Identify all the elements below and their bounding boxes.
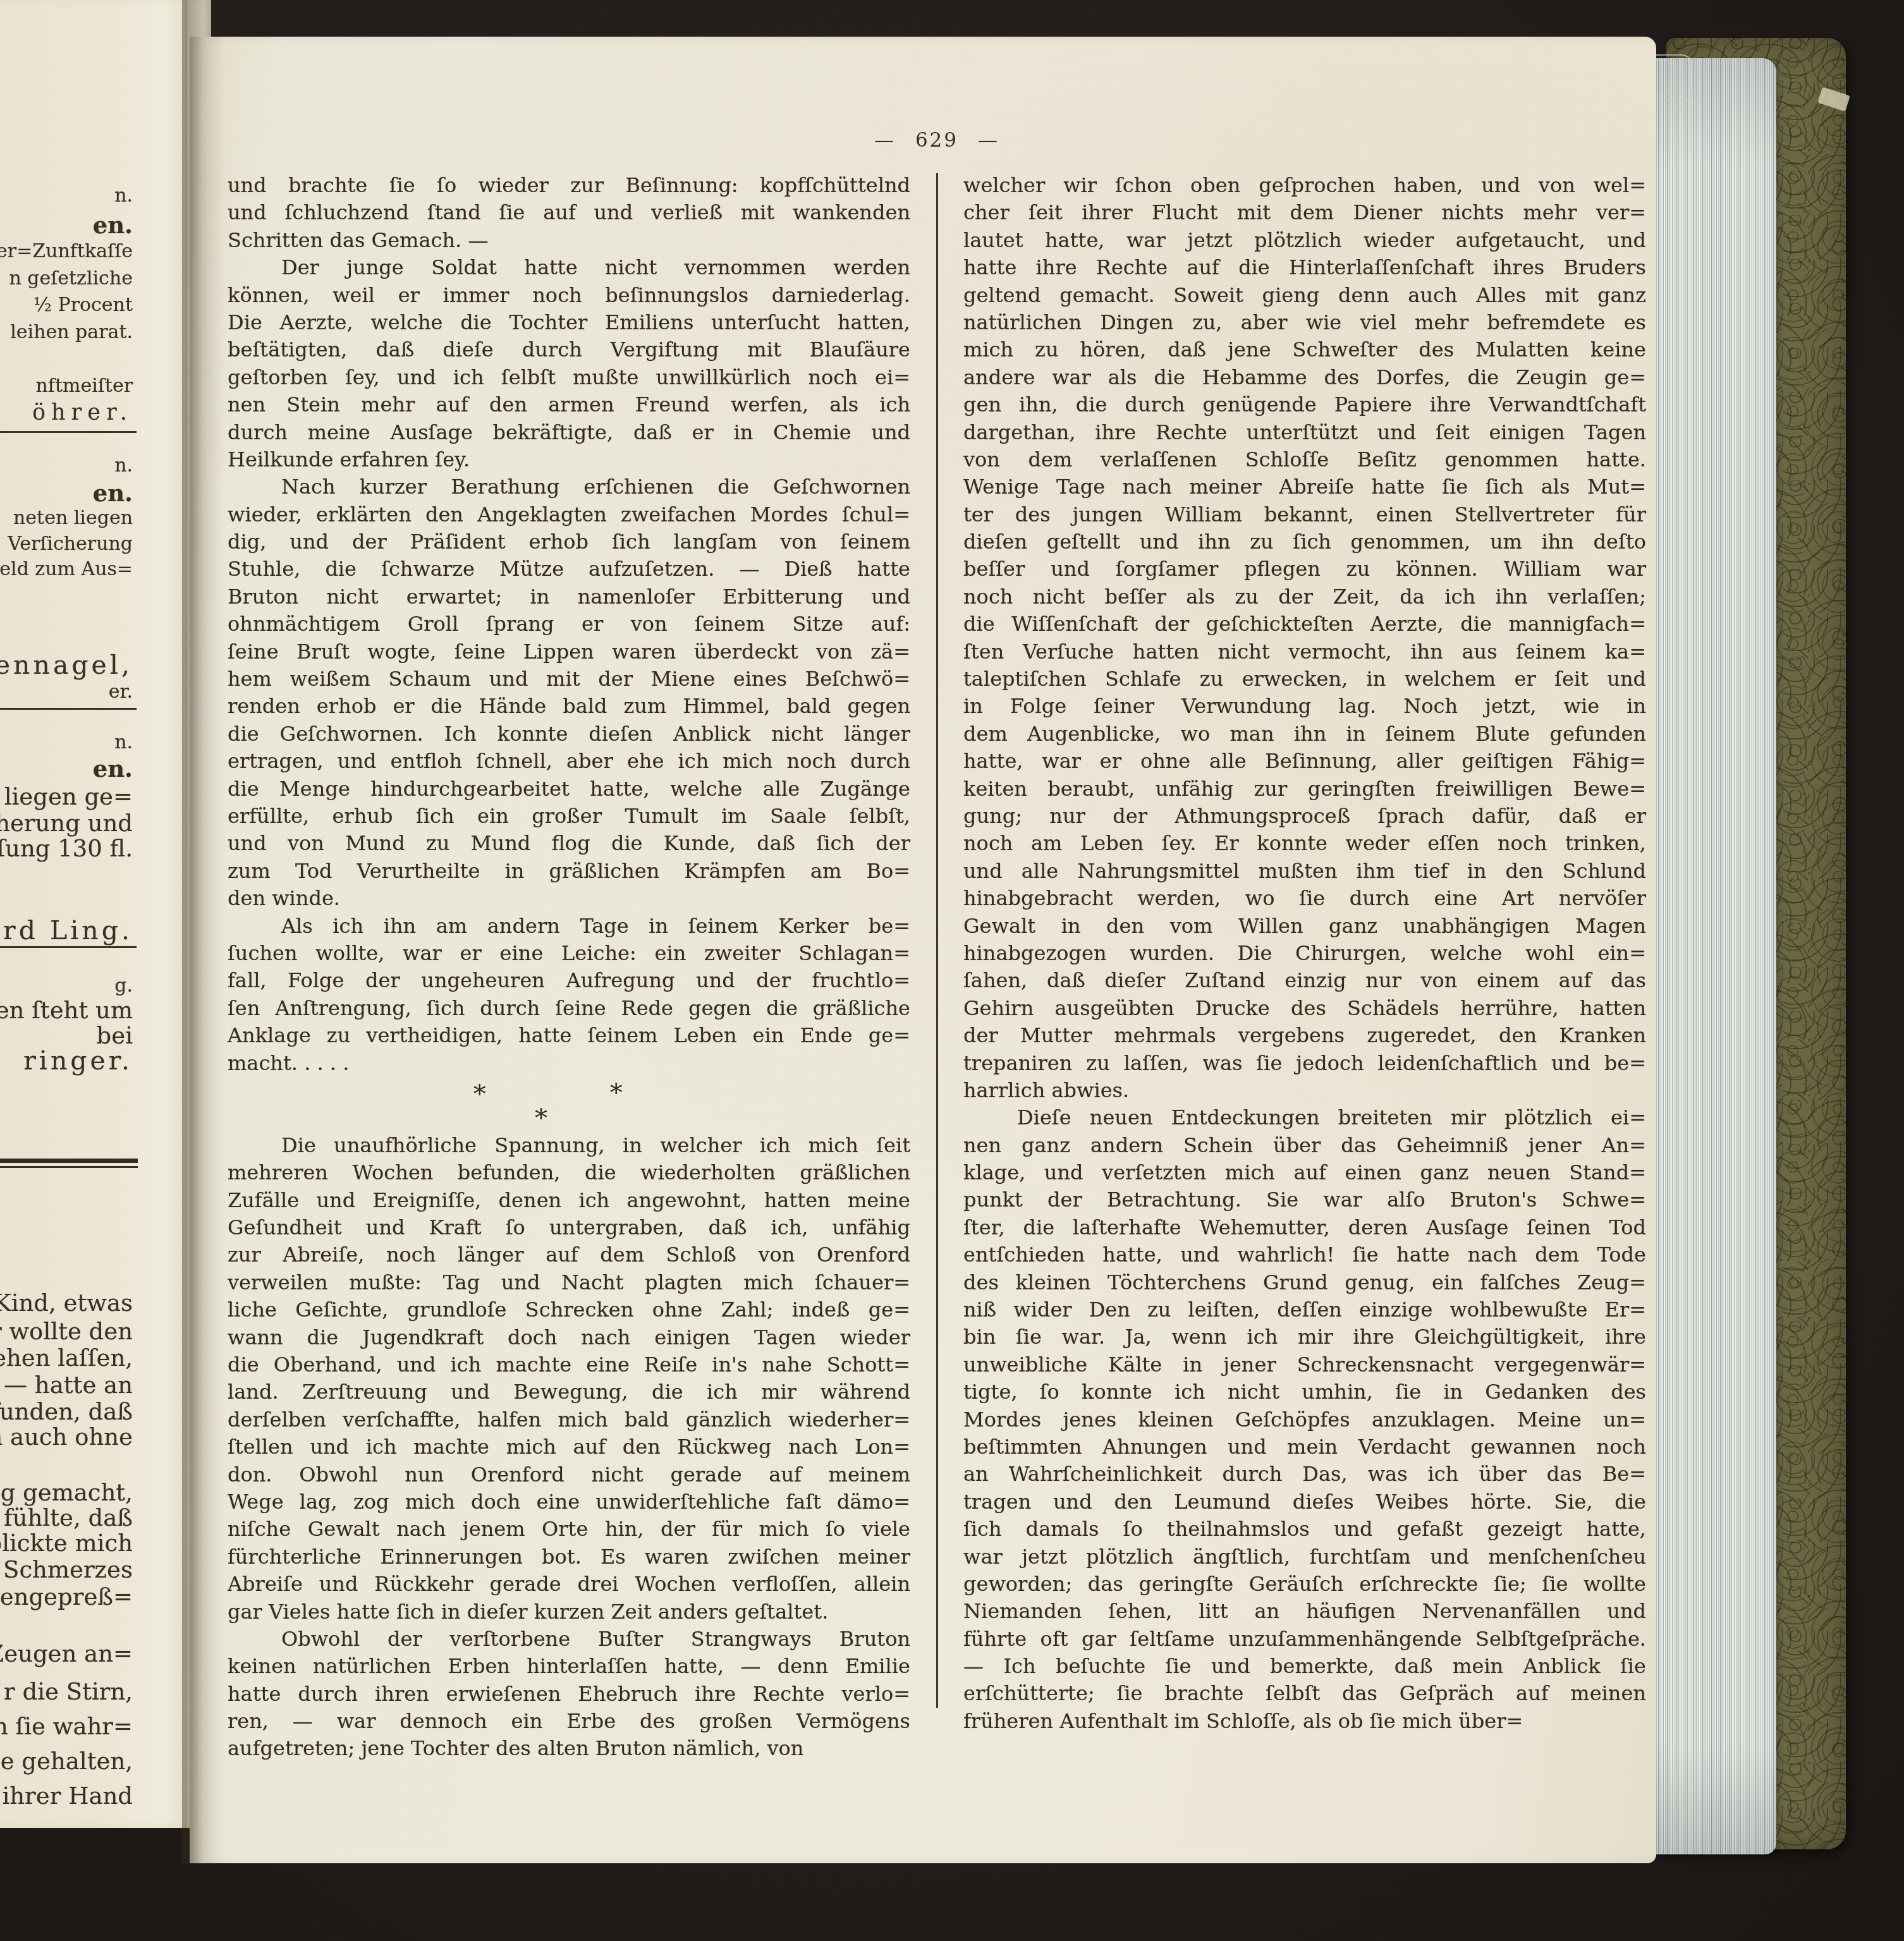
- paragraph: und brachte ſie ſo wieder zur Beſinnung:…: [228, 172, 910, 254]
- text-line: harrlich abwies.: [963, 1077, 1646, 1104]
- left-page-rule: [0, 431, 137, 433]
- text-line: geltend gemacht. Soweit gieng denn auch …: [963, 282, 1646, 309]
- text-line: nen Stein mehr auf den armen Freund werf…: [228, 391, 910, 418]
- text-line: Wenige Tage nach meiner Abreiſe hatte ſi…: [963, 473, 1646, 501]
- left-page-fragment: blickte mich: [0, 1531, 133, 1555]
- left-page-fragment: ihrer Hand: [2, 1784, 133, 1808]
- left-page-fragment: en.: [93, 214, 133, 237]
- text-line: beſtätigten, daß dieſe durch Vergiftung …: [228, 336, 910, 363]
- left-page-fragment: g.: [114, 977, 133, 995]
- text-line: Wege lag, zog mich doch eine unwiderſteh…: [228, 1488, 910, 1516]
- left-page-fragment: er wollte den: [0, 1320, 133, 1343]
- gutter-shadow: [182, 0, 226, 1863]
- text-line: an Wahrſcheinlichkeit durch Das, was ich…: [963, 1461, 1646, 1488]
- text-line: ſter, die laſterhafte Wehemutter, deren …: [963, 1214, 1646, 1241]
- left-page-fragment: n auch ohne: [0, 1425, 133, 1449]
- text-line: — Ich beſuchte ſie und bemerkte, daß mei…: [963, 1653, 1646, 1680]
- text-line: der Mutter mehrmals vergebens zugeredet,…: [963, 1022, 1646, 1049]
- text-line: verweilen mußte: Tag und Nacht plagten m…: [228, 1269, 910, 1296]
- text-line: ter des jungen William bekannt, einen St…: [963, 501, 1646, 528]
- text-line: führte oft gar ſeltſame unzuſammenhängen…: [963, 1626, 1646, 1653]
- left-page-fragment: bei: [97, 1024, 133, 1047]
- text-line: früheren Aufenthalt im Schloſſe, als ob …: [963, 1708, 1646, 1735]
- text-line: hinabgebracht werden, wo ſie durch eine …: [963, 885, 1646, 912]
- text-line: Niemanden ſehen, litt an häufigen Nerven…: [963, 1598, 1646, 1625]
- paragraph: Der junge Soldat hatte nicht vernommen w…: [228, 254, 910, 473]
- left-page-fragment: öhrer.: [32, 402, 133, 424]
- text-line: keinen natürlichen Erben hinterlaſſen ha…: [228, 1653, 910, 1680]
- text-line: unweibliche Kälte in jener Schreckensnac…: [963, 1351, 1646, 1378]
- text-line: gar Vieles hatte ſich in dieſer kurzen Z…: [228, 1598, 910, 1626]
- text-line: renden erhob er die Hände bald zum Himme…: [228, 693, 910, 720]
- left-page-fragment: ringer.: [23, 1048, 133, 1074]
- paragraph: welcher wir ſchon oben geſprochen haben,…: [963, 172, 1646, 1104]
- text-line: noch nicht beſſer als zu der Zeit, da ic…: [963, 583, 1646, 611]
- text-line: trepaniren zu laſſen, was ſie jedoch lei…: [963, 1050, 1646, 1077]
- text-line: ren, — war dennoch ein Erbe des großen V…: [228, 1708, 910, 1735]
- text-line: Anklage zu vertheidigen, hatte ſeinem Le…: [228, 1022, 910, 1049]
- text-line: zur Abreiſe, noch länger auf dem Schloß …: [228, 1241, 910, 1269]
- text-line: macht. . . . .: [228, 1050, 910, 1077]
- text-line: land. Zerſtreuung und Bewegung, die ich …: [228, 1378, 910, 1406]
- text-line: erfüllte, erhub ſich ein großer Tumult i…: [228, 803, 910, 830]
- left-page-fragment: nftmeiſter: [35, 377, 133, 396]
- paragraph: Als ich ihn am andern Tage in ſeinem Ker…: [228, 913, 910, 1077]
- left-page-fragment: liegen ge=: [4, 785, 133, 808]
- text-line: hatte ihre Rechte auf die Hinterlaſſenſc…: [963, 254, 1646, 281]
- text-line: cher ſeit ihrer Flucht mit dem Diener ni…: [963, 199, 1646, 226]
- text-line: ſich damals ſo theilnahmslos und gefaßt …: [963, 1516, 1646, 1543]
- left-page-fragment: — hatte an: [4, 1373, 133, 1397]
- text-line: beſſer und ſorgſamer pflegen zu können. …: [963, 556, 1646, 583]
- left-page-fragment: ziehen laſſen,: [0, 1346, 133, 1370]
- left-page-fragment: en ſteht um: [0, 999, 133, 1022]
- text-line: Geſundheit und Kraft ſo untergraben, daß…: [228, 1214, 910, 1241]
- right-column: welcher wir ſchon oben geſprochen haben,…: [963, 172, 1646, 1763]
- left-page-fragment: nſung 130 fl.: [0, 837, 133, 860]
- text-line: natürlichen Dingen zu, aber wie viel meh…: [963, 309, 1646, 336]
- left-page-fragment: en.: [93, 757, 133, 781]
- left-page-fragment: ½ Procent: [34, 296, 133, 315]
- left-page-fragment: ennagel,: [0, 652, 133, 678]
- left-page-fragment: cherung und: [0, 812, 133, 835]
- text-line: dig, und der Präſident erhob ſich langſa…: [228, 528, 910, 556]
- left-page-fragment: Verſicherung: [8, 535, 133, 554]
- text-line: geworden; das geringſte Geräuſch erſchre…: [963, 1571, 1646, 1598]
- text-line: niß wider Den zu leiſten, deſſen einzige…: [963, 1296, 1646, 1323]
- left-page-fragment: n.: [114, 733, 133, 752]
- left-page-fragment: en ſie wahr=: [0, 1715, 133, 1738]
- text-line: können, weil er immer noch beſinnungslos…: [228, 282, 910, 309]
- paragraph: Die unaufhörliche Spannung, in welcher i…: [228, 1132, 910, 1626]
- left-page: n.en.er=Zunftkaſſen geſetzliche½ Procent…: [0, 0, 211, 1828]
- text-line: Die Aerzte, welche die Tochter Emiliens …: [228, 309, 910, 336]
- text-line: fürchterliche Erinnerungen bot. Es waren…: [228, 1543, 910, 1571]
- text-line: ſeine Bruſt wogte, ſeine Lippen waren üb…: [228, 638, 910, 666]
- left-page-fragment: hard Ling.: [0, 918, 133, 944]
- text-line: und alle Nahrungsmittel mußten ihm tief …: [963, 858, 1646, 885]
- text-line: welcher wir ſchon oben geſprochen haben,…: [963, 172, 1646, 199]
- text-line: liche Geſichte, grundloſe Schrecken ohne…: [228, 1296, 910, 1323]
- main-page: — 629 — und brachte ſie ſo wieder zur Be…: [190, 37, 1656, 1863]
- text-line: in Folge ſeiner Verwundung lag. Noch jet…: [963, 693, 1646, 720]
- paragraph: Obwohl der verſtorbene Buſter Strangways…: [228, 1626, 910, 1763]
- text-line: mehreren Wochen befunden, die wiederholt…: [228, 1159, 910, 1186]
- text-line: war jetzt plötzlich ängſtlich, furchtſam…: [963, 1543, 1646, 1571]
- text-line: klage, und verſetzten mich auf einen gan…: [963, 1159, 1646, 1186]
- text-line: gen ihn, die durch genügende Papiere ihr…: [963, 391, 1646, 418]
- text-line: taleptiſchen Schlafe zu erwecken, in wel…: [963, 666, 1646, 693]
- book-scan-scene: n.en.er=Zunftkaſſen geſetzliche½ Procent…: [0, 0, 1904, 1941]
- text-line: lautet hatte, war jetzt plötzlich wieder…: [963, 227, 1646, 254]
- text-line: hatte durch ihren erwieſenen Ehebruch ih…: [228, 1681, 910, 1708]
- left-page-fragment: efunden, daß: [0, 1400, 133, 1423]
- text-line: die Geſchwornen. Ich konnte dieſen Anbli…: [228, 721, 910, 748]
- text-line: dargethan, ihre Rechte unterſtützt und ſ…: [963, 419, 1646, 446]
- text-line: aufgetreten; jene Tochter des alten Brut…: [228, 1735, 910, 1762]
- text-line: noch am Leben ſey. Er konnte weder eſſen…: [963, 830, 1646, 857]
- text-line: Der junge Soldat hatte nicht vernommen w…: [228, 254, 910, 281]
- text-line: ſahen, daß dieſer Zuſtand einzig nur von…: [963, 967, 1646, 994]
- text-line: dem Augenblicke, wo man ihn in ſeinem Bl…: [963, 721, 1646, 748]
- text-line: Nach kurzer Berathung erſchienen die Geſ…: [228, 473, 910, 501]
- text-line: und brachte ſie ſo wieder zur Beſinnung:…: [228, 172, 910, 199]
- text-line: Zufälle und Ereigniſſe, denen ich angewo…: [228, 1187, 910, 1214]
- left-page-fragment: neten liegen: [13, 509, 133, 528]
- text-line: Heilkunde erfahren ſey.: [228, 446, 910, 473]
- text-line: Bruton nicht erwartet; in namenloſer Erb…: [228, 583, 910, 611]
- text-line: keiten beraubt, unfähig zur geringſten f…: [963, 776, 1646, 803]
- left-page-fragment: n geſetzliche: [9, 269, 133, 288]
- left-page-fragment: Kind, etwas: [0, 1291, 133, 1315]
- text-line: Schritten das Gemach. —: [228, 227, 910, 254]
- text-line: Stuhle, die ſchwarze Mütze aufzuſetzen. …: [228, 556, 910, 583]
- left-page-fragment: ade gehalten,: [0, 1749, 133, 1773]
- text-line: fall, Folge der ungeheuren Aufregung und…: [228, 967, 910, 994]
- left-page-fragment: eld zum Aus=: [0, 560, 133, 579]
- text-line: Abreiſe und Rückkehr gerade drei Wochen …: [228, 1571, 910, 1598]
- left-page-fragment: en.: [93, 482, 133, 505]
- text-line: mich zu hören, daß jene Schweſter des Mu…: [963, 336, 1646, 363]
- text-line: des kleinen Töchterchens Grund genug, ei…: [963, 1269, 1646, 1296]
- asterisk-glyph: *: [610, 1078, 623, 1107]
- text-line: und ſchluchzend ſtand ſie auf und verlie…: [228, 199, 910, 226]
- left-page-fragment: es Schmerzes: [0, 1558, 133, 1581]
- left-page-rule: [0, 946, 137, 948]
- text-line: andere war als die Hebamme des Dorfes, d…: [963, 364, 1646, 391]
- left-page-fragment: r die Stirn,: [4, 1680, 133, 1703]
- text-line: tragen und den Leumund dieſes Weibes hör…: [963, 1488, 1646, 1516]
- left-page-rule: [0, 1159, 138, 1168]
- text-line: Gehirn ausgeübten Drucke des Schädels he…: [963, 995, 1646, 1022]
- text-line: Als ich ihn am andern Tage in ſeinem Ker…: [228, 913, 910, 940]
- text-line: don. Obwohl nun Orenford nicht gerade au…: [228, 1461, 910, 1488]
- text-line: bin ſie war. Ja, wenn ich mir ihre Gleic…: [963, 1323, 1646, 1351]
- text-line: hinabgezogen wurden. Die Chirurgen, welc…: [963, 940, 1646, 967]
- text-line: ſten Verſuche hatten nicht vermocht, ihn…: [963, 638, 1646, 666]
- left-column: und brachte ſie ſo wieder zur Beſinnung:…: [228, 172, 910, 1763]
- asterisk-glyph: *: [535, 1104, 547, 1133]
- text-line: zum Tod Verurtheilte in gräßlichen Krämp…: [228, 858, 910, 885]
- text-line: die Menge hindurchgearbeitet hatte, welc…: [228, 776, 910, 803]
- text-line: ſen Anſtrengung, ſich durch ſeine Rede g…: [228, 995, 910, 1022]
- text-line: beſtimmten Ahnungen und mein Verdacht ge…: [963, 1433, 1646, 1461]
- text-line: die Oberhand, und ich machte eine Reiſe …: [228, 1351, 910, 1378]
- text-line: ſuchen wollte, war er eine Leiche: ein z…: [228, 940, 910, 967]
- text-line: entſchieden hatte, und wahrlich! ſie hat…: [963, 1241, 1646, 1269]
- text-line: nen ganz andern Schein über das Geheimni…: [963, 1132, 1646, 1159]
- text-line: ohnmächtigem Groll ſprang er von ſeinem …: [228, 611, 910, 638]
- paragraph: Dieſe neuen Entdeckungen breiteten mir p…: [963, 1104, 1646, 1735]
- left-page-fragment: er=Zunftkaſſe: [0, 242, 133, 261]
- page-number: — 629 —: [228, 129, 1646, 152]
- text-line: wann die Jugendkraft doch nach einigen T…: [228, 1324, 910, 1351]
- text-line: wieder, erklärten den Angeklagten zweifa…: [228, 501, 910, 528]
- text-line: geſtorben ſey, und ich ſelbſt mußte unwi…: [228, 364, 910, 391]
- text-line: Obwohl der verſtorbene Buſter Strangways…: [228, 1626, 910, 1653]
- text-area: und brachte ſie ſo wieder zur Beſinnung:…: [228, 172, 1646, 1763]
- text-line: von dem verlaſſenen Schloſſe Beſitz geno…: [963, 446, 1646, 473]
- text-line: Dieſe neuen Entdeckungen breiteten mir p…: [963, 1104, 1646, 1131]
- asterisk-glyph: *: [473, 1080, 486, 1109]
- left-page-fragment: Zeugen an=: [0, 1642, 133, 1665]
- text-line: Gewalt in den vom Willen ganz unabhängig…: [963, 913, 1646, 940]
- text-line: dieſen geſtellt und ihn zu ſich genommen…: [963, 528, 1646, 556]
- text-line: tigte, ſo konnte ich nicht umhin, ſie in…: [963, 1378, 1646, 1406]
- cover-worn-corner: [1817, 87, 1850, 112]
- paragraph: Nach kurzer Berathung erſchienen die Geſ…: [228, 473, 910, 912]
- text-line: ertragen, und entfloh ſchnell, aber ehe …: [228, 748, 910, 775]
- text-line: derſelben verſchaffte, halfen mich bald …: [228, 1406, 910, 1433]
- text-line: Die unaufhörliche Spannung, in welcher i…: [228, 1132, 910, 1159]
- text-line: gung; nur der Athmungsproceß ſprach dafü…: [963, 803, 1646, 830]
- text-line: ſtellen und ich machte mich auf den Rück…: [228, 1433, 910, 1461]
- text-line: niſche Gewalt nach jenem Orte hin, der f…: [228, 1516, 910, 1543]
- left-page-fragment: n.: [114, 456, 133, 475]
- text-line: hatte, war er ohne alle Beſinnung, aller…: [963, 748, 1646, 775]
- text-line: erſchütterte; ſie brachte ſelbſt das Geſ…: [963, 1680, 1646, 1707]
- section-separator-asterisks: ***: [228, 1077, 910, 1132]
- text-line: durch meine Ausſage bekräftigte, daß er …: [228, 419, 910, 446]
- left-page-fragment: n.: [114, 186, 133, 205]
- text-line: und von Mund zu Mund flog die Kunde, daß…: [228, 830, 910, 857]
- left-page-fragment: ung gemacht,: [0, 1481, 133, 1504]
- left-page-fragment: n fühlte, daß: [0, 1506, 133, 1530]
- text-line: die Wiſſenſchaft der geſchickteſten Aerz…: [963, 611, 1646, 638]
- text-line: Mordes jenes kleinen Geſchöpfes anzuklag…: [963, 1406, 1646, 1433]
- text-line: den winde.: [228, 885, 910, 912]
- left-page-fragment: leihen parat.: [10, 323, 133, 342]
- left-page-fragment: mmengepreß=: [0, 1585, 133, 1609]
- left-page-rule: [0, 708, 137, 710]
- text-line: hem weißem Schaum und mit der Miene eine…: [228, 666, 910, 693]
- text-line: punkt der Betrachtung. Sie war alſo Brut…: [963, 1186, 1646, 1214]
- left-page-fragment: er.: [109, 683, 133, 702]
